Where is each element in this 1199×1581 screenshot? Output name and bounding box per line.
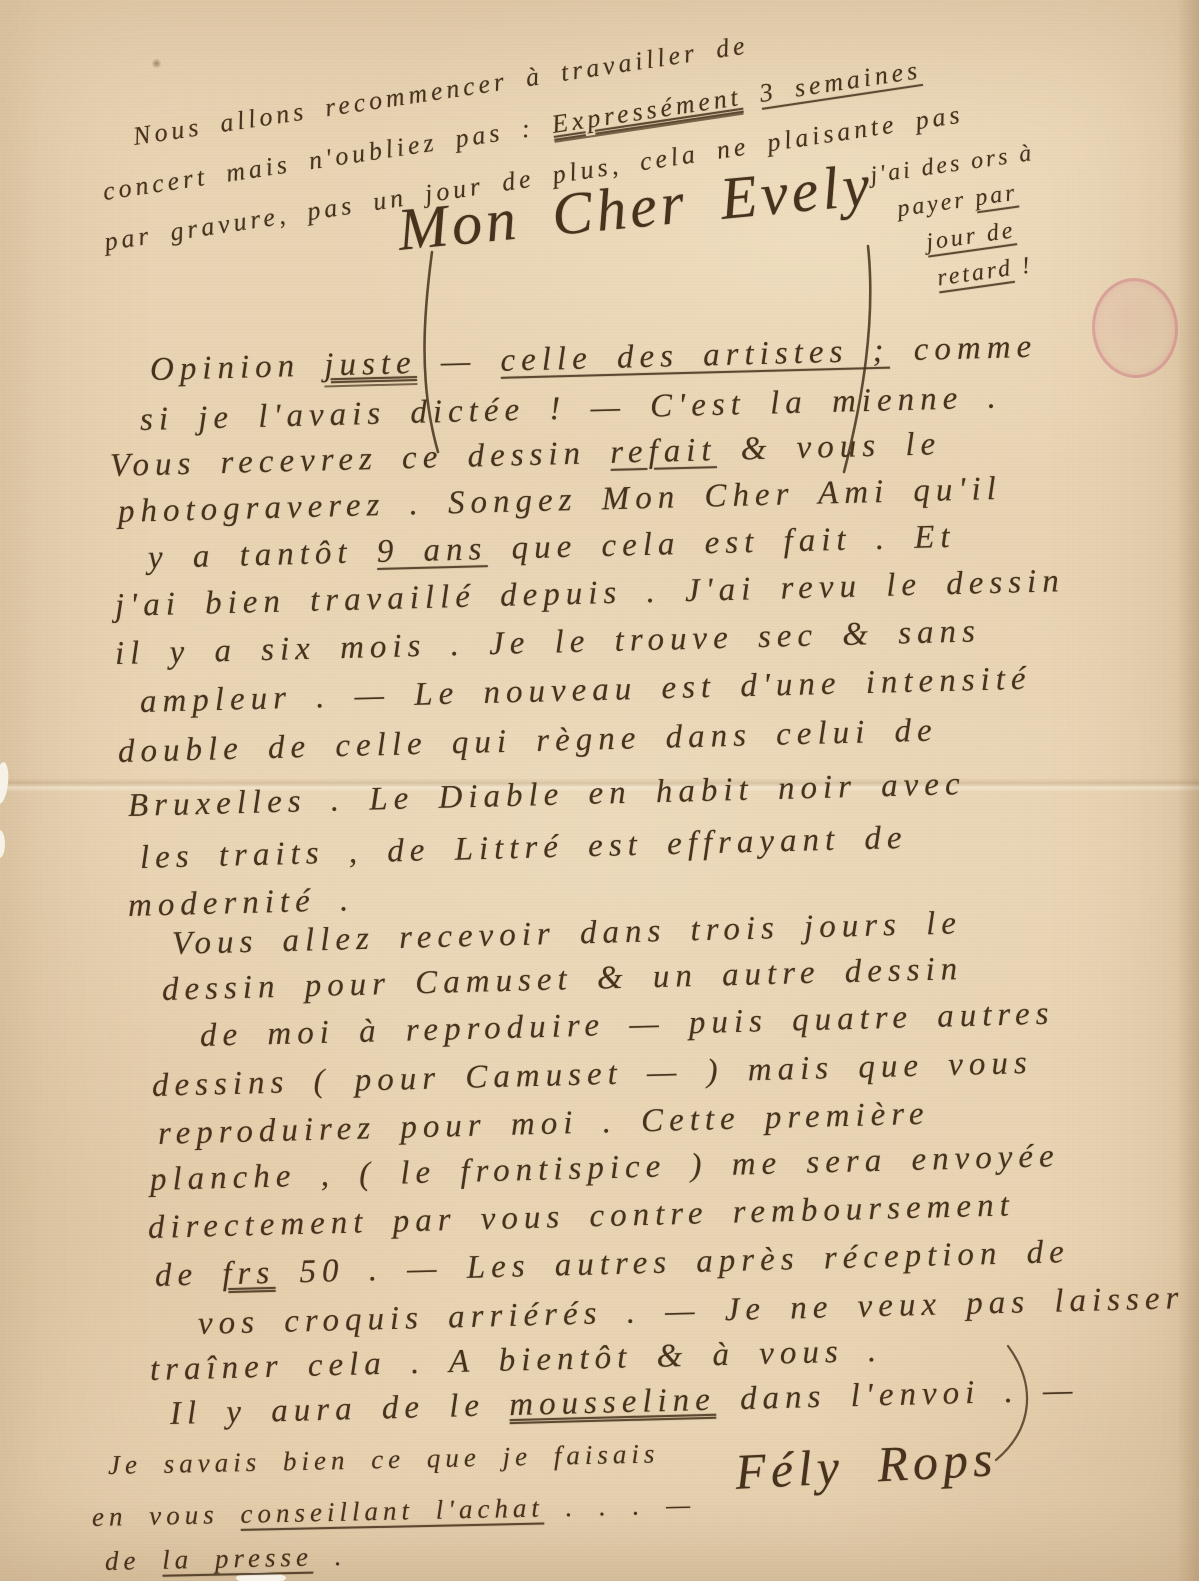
letter-page: Nous allons recommencer à travailler de … [0, 0, 1199, 1581]
body-line: il y a six mois . Je le trouve sec & san… [115, 613, 982, 673]
paper-tear-notch [0, 830, 5, 858]
body-line: double de celle qui règne dans celui de [118, 713, 939, 771]
body-line: Opinion juste — celle des artistes ; com… [150, 329, 1038, 389]
postscript-line: en vous conseillant l'achat . . . — [92, 1489, 696, 1533]
ink-spot [152, 58, 161, 69]
postscript-line: Je savais bien ce que je faisais [108, 1438, 660, 1481]
body-line: les traits , de Littré est effrayant de [140, 820, 909, 877]
signature: Fély Rops [734, 1429, 999, 1501]
body-line: ampleur . — Le nouveau est d'une intensi… [140, 661, 1032, 721]
body-line: Bruxelles . Le Diable en habit noir avec [128, 766, 967, 825]
postscript-line: de la presse . [105, 1541, 347, 1577]
paper-edge-shadow [1177, 0, 1199, 1581]
body-line: modernité . [128, 882, 355, 925]
top-annotation-side: j'ai des ors à payer par jour de retard … [868, 135, 1052, 305]
collection-stamp [1089, 275, 1182, 381]
